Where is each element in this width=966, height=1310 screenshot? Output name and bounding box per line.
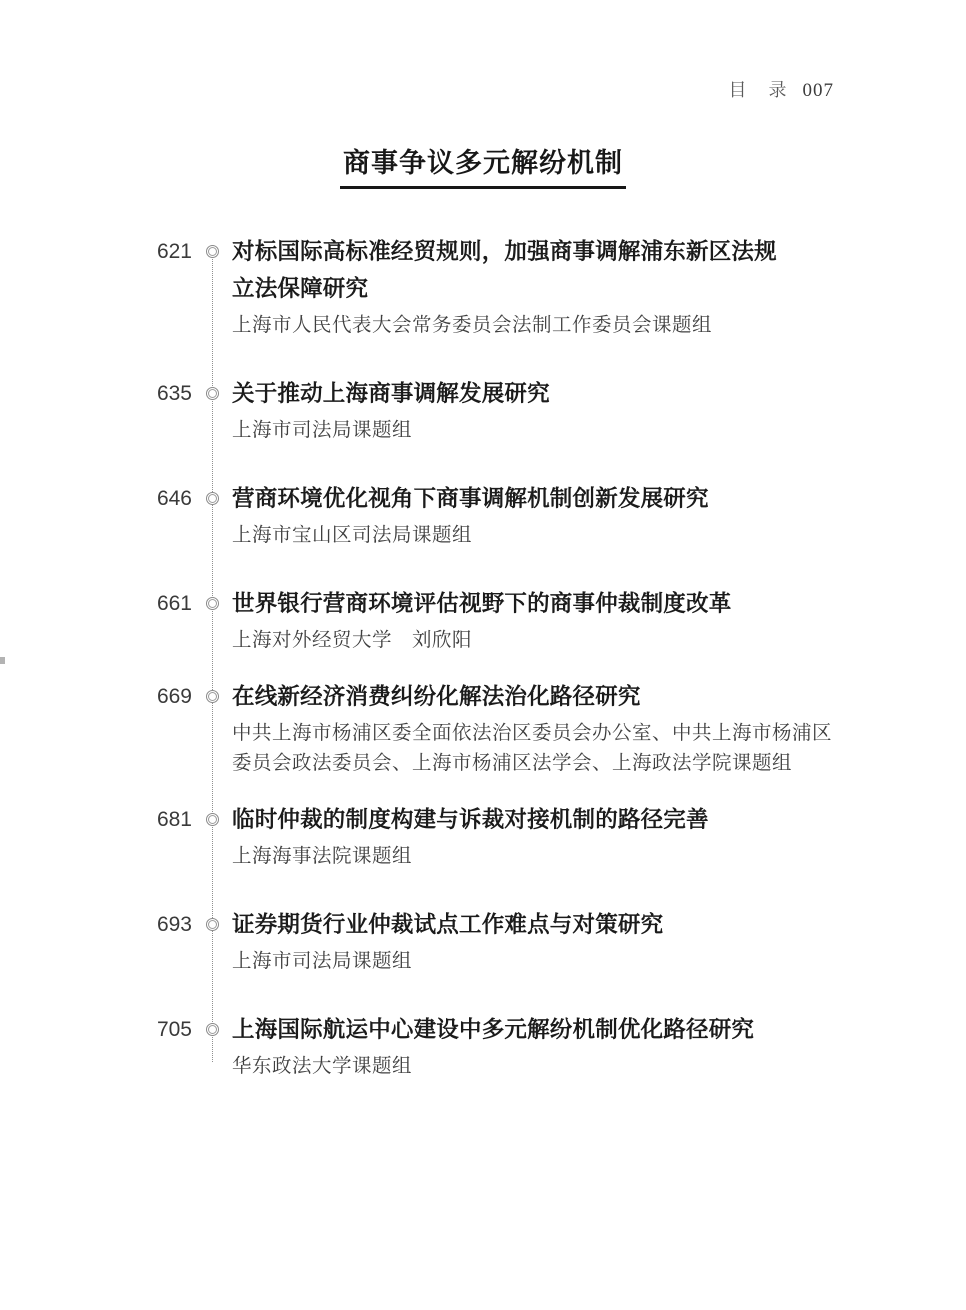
- entry-authors: 上海对外经贸大学 刘欣阳: [232, 626, 880, 656]
- section-title-wrap: 商事争议多元解纷机制: [0, 141, 966, 189]
- toc-page: 目 录 007 商事争议多元解纷机制 621 对标国际高标准经贸规则，加强商事调…: [0, 0, 966, 1310]
- bullet-ring-icon: [206, 597, 219, 610]
- entry-title: 临时仲裁的制度构建与诉裁对接机制的路径完善: [232, 801, 880, 838]
- scan-artifact: [0, 657, 5, 664]
- toc-list: 621 对标国际高标准经贸规则，加强商事调解浦东新区法规 立法保障研究 上海市人…: [150, 233, 880, 1082]
- entry-authors: 上海市宝山区司法局课题组: [232, 521, 880, 551]
- entry-page-number: 621: [150, 233, 192, 270]
- entry-marker: [192, 678, 232, 703]
- entry-marker: [192, 233, 232, 258]
- toc-entry: 705 上海国际航运中心建设中多元解纷机制优化路径研究 华东政法大学课题组: [150, 1011, 880, 1082]
- toc-entry: 635 关于推动上海商事调解发展研究 上海市司法局课题组: [150, 375, 880, 446]
- entry-authors: 上海市人民代表大会常务委员会法制工作委员会课题组: [232, 311, 880, 341]
- entry-marker: [192, 1011, 232, 1036]
- toc-entry: 669 在线新经济消费纠纷化解法治化路径研究 中共上海市杨浦区委全面依法治区委员…: [150, 678, 880, 779]
- entry-page-number: 635: [150, 375, 192, 412]
- entry-page-number: 661: [150, 585, 192, 622]
- entry-marker: [192, 801, 232, 826]
- running-head: 目 录 007: [729, 76, 835, 102]
- toc-entry: 646 营商环境优化视角下商事调解机制创新发展研究 上海市宝山区司法局课题组: [150, 480, 880, 551]
- entry-marker: [192, 585, 232, 610]
- entry-title: 营商环境优化视角下商事调解机制创新发展研究: [232, 480, 880, 517]
- bullet-ring-icon: [206, 1023, 219, 1036]
- entry-title: 对标国际高标准经贸规则，加强商事调解浦东新区法规 立法保障研究: [232, 233, 880, 307]
- entry-authors: 华东政法大学课题组: [232, 1052, 880, 1082]
- entry-title: 上海国际航运中心建设中多元解纷机制优化路径研究: [232, 1011, 880, 1048]
- entry-marker: [192, 906, 232, 931]
- entry-title: 世界银行营商环境评估视野下的商事仲裁制度改革: [232, 585, 880, 622]
- entry-page-number: 705: [150, 1011, 192, 1048]
- entry-page-number: 669: [150, 678, 192, 715]
- running-head-label: 目 录: [729, 76, 789, 102]
- bullet-ring-icon: [206, 918, 219, 931]
- entry-authors: 上海市司法局课题组: [232, 947, 880, 977]
- entry-page-number: 693: [150, 906, 192, 943]
- toc-entry: 693 证券期货行业仲裁试点工作难点与对策研究 上海市司法局课题组: [150, 906, 880, 977]
- section-title: 商事争议多元解纷机制: [340, 141, 626, 189]
- bullet-ring-icon: [206, 813, 219, 826]
- bullet-ring-icon: [206, 245, 219, 258]
- toc-entry: 621 对标国际高标准经贸规则，加强商事调解浦东新区法规 立法保障研究 上海市人…: [150, 233, 880, 341]
- entry-page-number: 646: [150, 480, 192, 517]
- entry-authors: 上海市司法局课题组: [232, 416, 880, 446]
- bullet-ring-icon: [206, 492, 219, 505]
- entry-authors: 上海海事法院课题组: [232, 842, 880, 872]
- entry-authors: 中共上海市杨浦区委全面依法治区委员会办公室、中共上海市杨浦区 委员会政法委员会、…: [232, 719, 880, 779]
- entry-title: 关于推动上海商事调解发展研究: [232, 375, 880, 412]
- bullet-ring-icon: [206, 387, 219, 400]
- running-head-page-number: 007: [803, 80, 835, 102]
- entry-marker: [192, 375, 232, 400]
- entry-marker: [192, 480, 232, 505]
- toc-entry: 661 世界银行营商环境评估视野下的商事仲裁制度改革 上海对外经贸大学 刘欣阳: [150, 585, 880, 656]
- entry-title: 证券期货行业仲裁试点工作难点与对策研究: [232, 906, 880, 943]
- toc-entry: 681 临时仲裁的制度构建与诉裁对接机制的路径完善 上海海事法院课题组: [150, 801, 880, 872]
- entry-title: 在线新经济消费纠纷化解法治化路径研究: [232, 678, 880, 715]
- bullet-ring-icon: [206, 690, 219, 703]
- entry-page-number: 681: [150, 801, 192, 838]
